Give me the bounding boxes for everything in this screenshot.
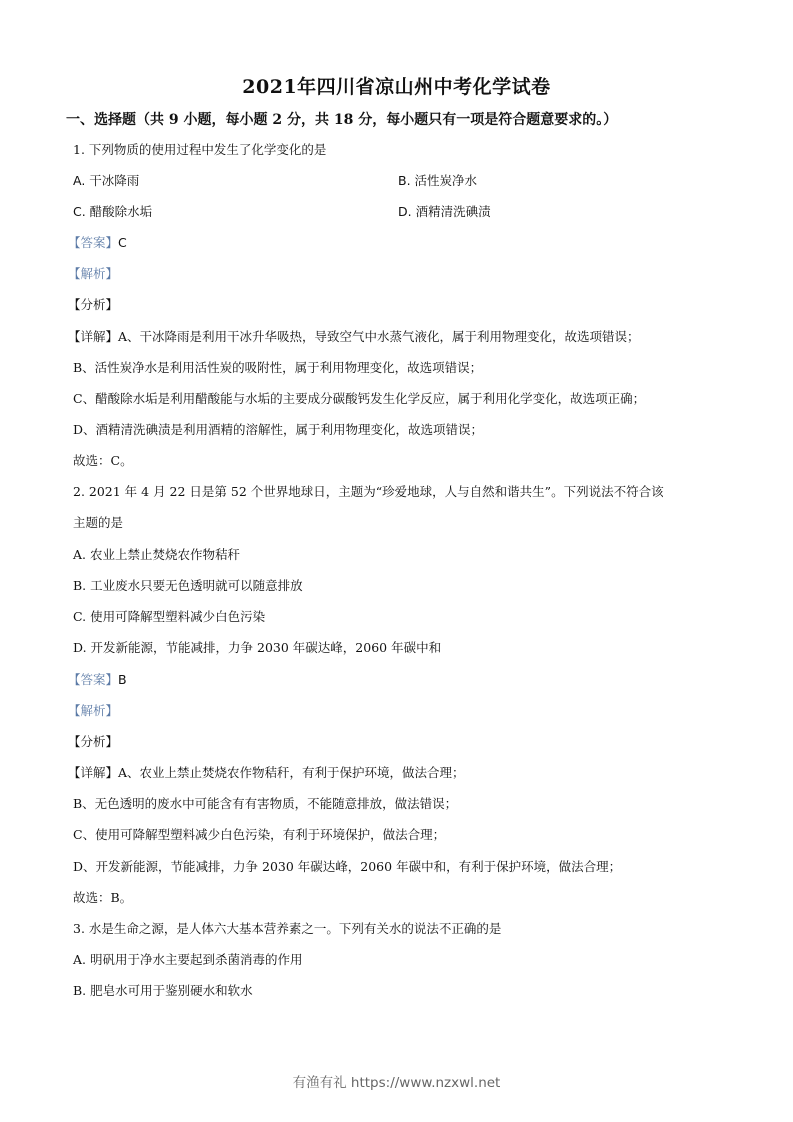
q2-option-c: C. 使用可降解型塑料减少白色污染 [73, 609, 265, 625]
answer-value: C [118, 235, 127, 250]
q1-detail-b: B、活性炭净水是利用活性炭的吸附性，属于利用物理变化，故选项错误； [73, 360, 482, 376]
q2-detail-b: B、无色透明的废水中可能含有有害物质，不能随意排放，做法错误； [73, 796, 457, 812]
q2-option-a: A. 农业上禁止焚烧农作物秸秆 [73, 547, 240, 563]
q1-answer: 【答案】C [68, 235, 127, 251]
answer-label: 【答案】 [68, 672, 118, 687]
q2-answer: 【答案】B [68, 672, 127, 688]
q1-jiexi-label: 【解析】 [68, 266, 118, 282]
q1-conclusion: 故选：C。 [73, 453, 133, 469]
q1-stem: 1. 下列物质的使用过程中发生了化学变化的是 [73, 142, 326, 158]
q2-fenxi-label: 【分析】 [68, 734, 118, 750]
q2-stem-line1: 2. 2021 年 4 月 22 日是第 52 个世界地球日，主题为“珍爱地球，… [73, 484, 664, 500]
q1-detail-a: 【详解】A、干冰降雨是利用干冰升华吸热，导致空气中水蒸气液化，属于利用物理变化，… [68, 329, 640, 345]
q2-jiexi-label: 【解析】 [68, 703, 118, 719]
q2-conclusion: 故选：B。 [73, 890, 132, 906]
q1-fenxi-label: 【分析】 [68, 297, 118, 313]
section-heading: 一、选择题（共 9 小题，每小题 2 分，共 18 分，每小题只有一项是符合题意… [66, 112, 617, 128]
q1-option-a: A. 干冰降雨 [73, 173, 139, 189]
q1-option-d: D. 酒精清洗碘渍 [398, 204, 491, 220]
q2-detail-a: 【详解】A、农业上禁止焚烧农作物秸秆，有利于保护环境，做法合理； [68, 765, 465, 781]
q1-detail-c: C、醋酸除水垢是利用醋酸能与水垢的主要成分碳酸钙发生化学反应，属于利用化学变化，… [73, 391, 645, 407]
page-title: 2021年四川省凉山州中考化学试卷 [0, 72, 793, 99]
q1-option-c: C. 醋酸除水垢 [73, 204, 152, 220]
exam-page: 2021年四川省凉山州中考化学试卷 一、选择题（共 9 小题，每小题 2 分，共… [0, 0, 793, 1122]
q3-stem: 3. 水是生命之源，是人体六大基本营养素之一。下列有关水的说法不正确的是 [73, 921, 501, 937]
q1-option-b: B. 活性炭净水 [398, 173, 477, 189]
q2-detail-c: C、使用可降解型塑料减少白色污染，有利于环境保护，做法合理； [73, 827, 445, 843]
answer-value: B [118, 672, 127, 687]
q3-option-b: B. 肥皂水可用于鉴别硬水和软水 [73, 983, 253, 999]
q2-stem-line2: 主题的是 [73, 515, 123, 531]
q2-detail-d: D、开发新能源，节能减排，力争 2030 年碳达峰，2060 年碳中和，有利于保… [73, 859, 621, 875]
answer-label: 【答案】 [68, 235, 118, 250]
q2-option-b: B. 工业废水只要无色透明就可以随意排放 [73, 578, 303, 594]
footer-watermark: 有渔有礼 https://www.nzxwl.net [0, 1071, 793, 1091]
q3-option-a: A. 明矾用于净水主要起到杀菌消毒的作用 [73, 952, 302, 968]
q1-detail-d: D、酒精清洗碘渍是利用酒精的溶解性，属于利用物理变化，故选项错误； [73, 422, 483, 438]
q2-option-d: D. 开发新能源，节能减排，力争 2030 年碳达峰，2060 年碳中和 [73, 640, 441, 656]
